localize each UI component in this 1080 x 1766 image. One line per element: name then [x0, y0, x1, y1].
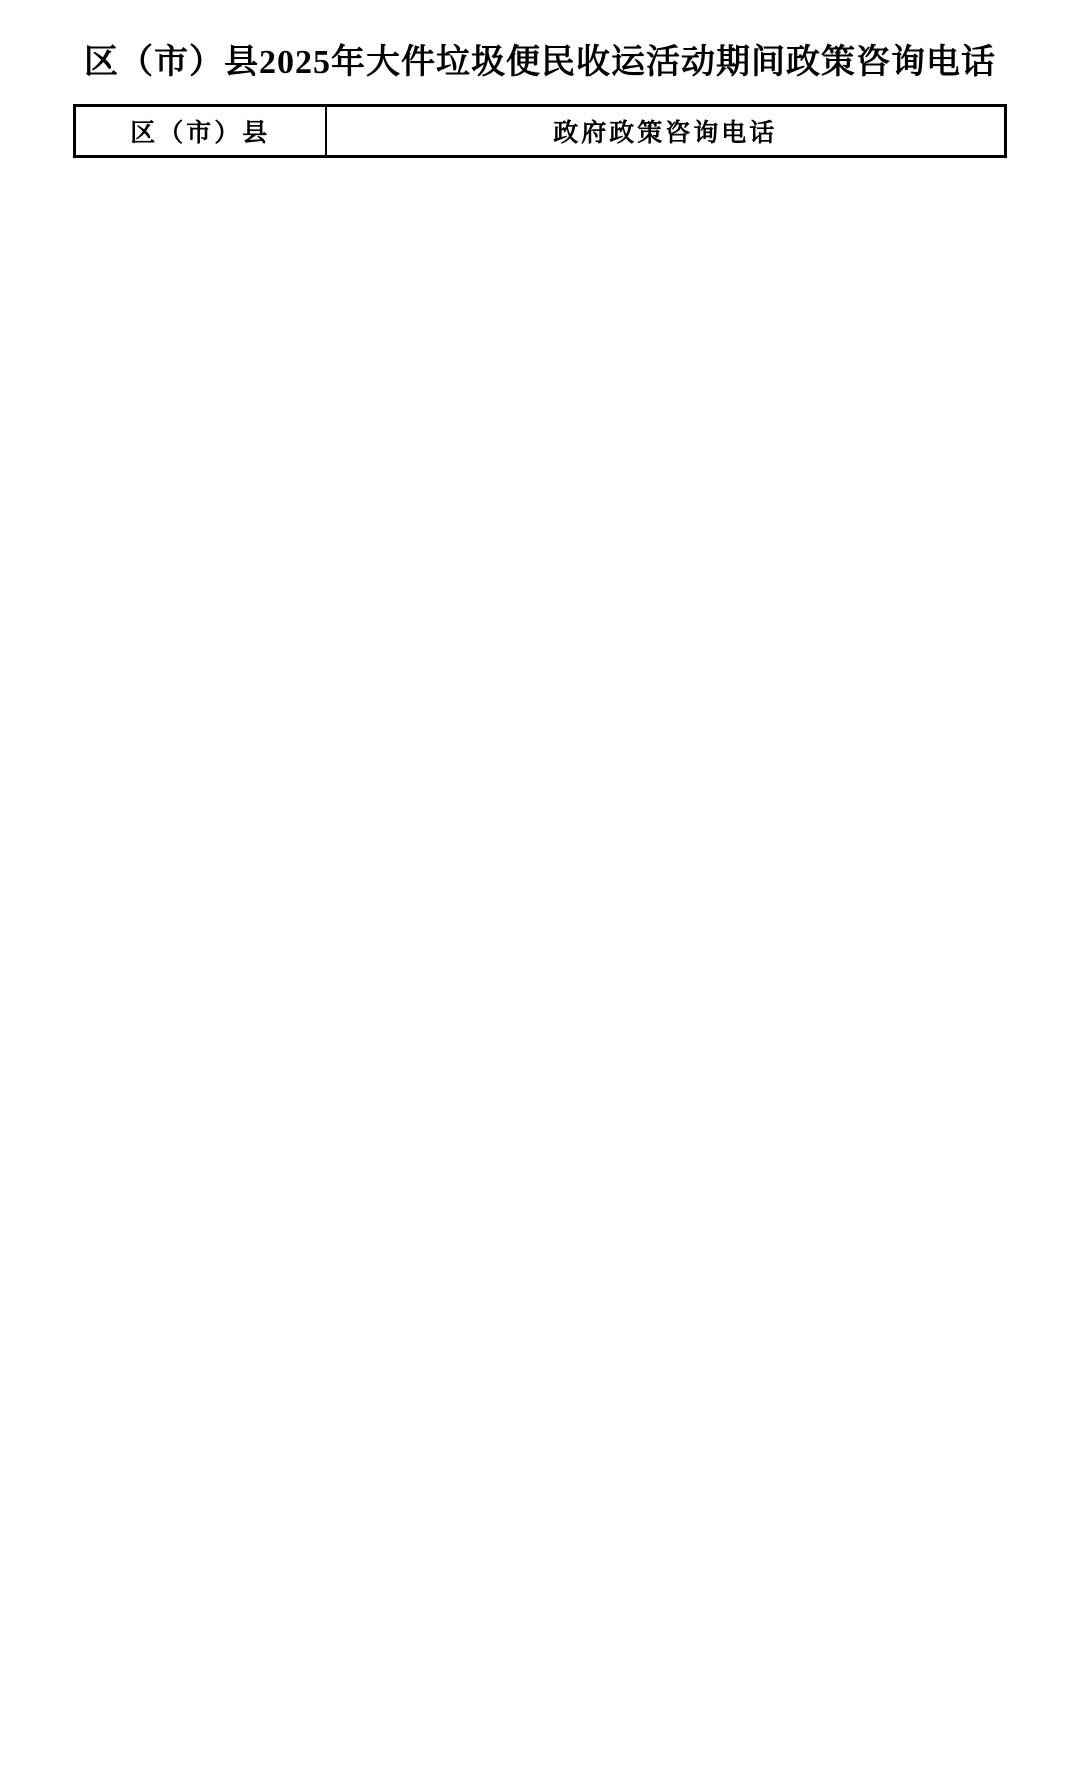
- table-header: 区（市）县 政府政策咨询电话: [75, 106, 1006, 157]
- column-header-region: 区（市）县: [75, 106, 326, 157]
- column-header-phone: 政府政策咨询电话: [326, 106, 1006, 157]
- page-title: 区（市）县2025年大件垃圾便民收运活动期间政策咨询电话: [0, 0, 1080, 83]
- phone-table: 区（市）县 政府政策咨询电话: [73, 104, 1007, 158]
- header-row: 区（市）县 政府政策咨询电话: [75, 106, 1006, 157]
